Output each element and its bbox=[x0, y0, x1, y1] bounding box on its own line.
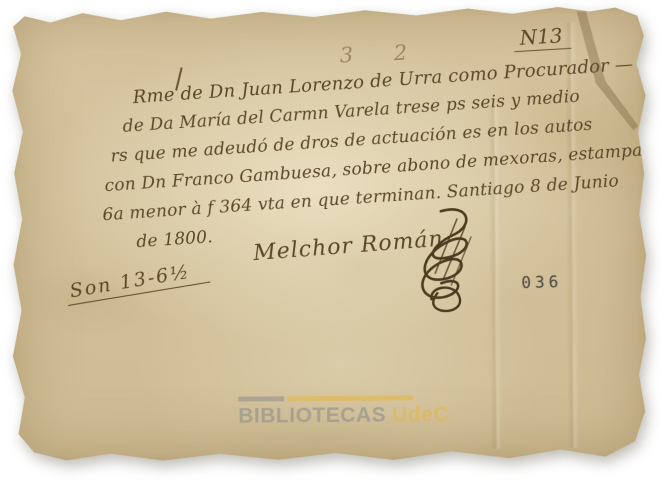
amount-total-note: Son 13-6½ bbox=[64, 258, 210, 306]
aged-paper-sheet: 3 2 N13 Rme de Dn Juan Lorenzo de Urra c… bbox=[5, 4, 650, 466]
archival-page-number: 3 2 bbox=[339, 40, 424, 68]
watermark-text: BIBLIOTECASUdeC bbox=[238, 403, 413, 428]
signature-rubric-flourish bbox=[379, 205, 480, 316]
manuscript-body-text: Rme de Dn Juan Lorenzo de Urra como Proc… bbox=[94, 50, 644, 259]
watermark-bars bbox=[238, 395, 413, 401]
scanned-manuscript-page: 3 2 N13 Rme de Dn Juan Lorenzo de Urra c… bbox=[5, 4, 650, 466]
folio-number: N13 bbox=[513, 23, 571, 52]
library-watermark: BIBLIOTECASUdeC bbox=[238, 395, 413, 428]
watermark-bar-yellow bbox=[287, 395, 413, 401]
archive-stamp-number: 036 bbox=[521, 272, 562, 292]
watermark-text-primary: BIBLIOTECAS bbox=[238, 404, 386, 428]
watermark-bar-gray bbox=[238, 396, 284, 401]
watermark-text-secondary: UdeC bbox=[392, 403, 449, 426]
